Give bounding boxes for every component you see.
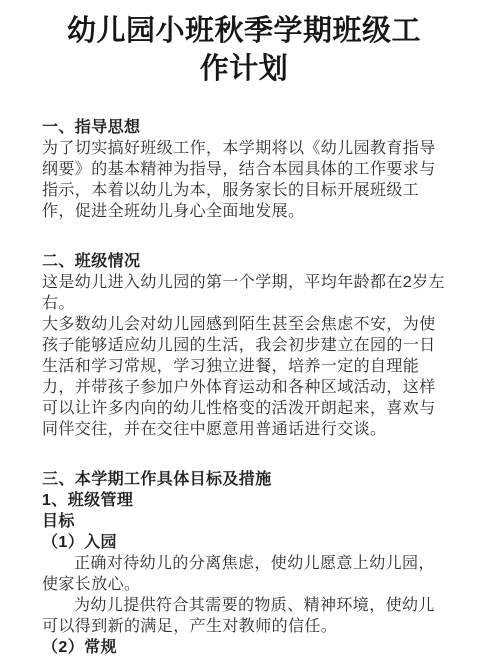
goal-item-heading: （1）入园	[42, 532, 446, 553]
section-guiding-ideology: 一、指导思想 为了切实搞好班级工作，本学期将以《幼儿园教育指导纲要》的基本精神为…	[42, 117, 446, 222]
section-heading: 一、指导思想	[42, 117, 446, 138]
section-heading: 三、本学期工作具体目标及措施	[42, 469, 446, 490]
page-title: 幼儿园小班秋季学期班级工作计划	[60, 12, 428, 88]
section-goals-and-measures: 三、本学期工作具体目标及措施 1、班级管理 目标 （1）入园 正确对待幼儿的分离…	[42, 469, 446, 658]
goal-item-heading: （2）常规	[42, 637, 446, 658]
goal-label: 目标	[42, 511, 446, 532]
subsection-heading-class-management: 1、班级管理	[42, 490, 446, 511]
paragraph: 为幼儿提供符合其需要的物质、精神环境，使幼儿可以得到新的满足，产生对教师的信任。	[42, 595, 446, 637]
document-page: 幼儿园小班秋季学期班级工作计划 一、指导思想 为了切实搞好班级工作，本学期将以《…	[0, 0, 500, 659]
paragraph: 大多数幼儿会对幼儿园感到陌生甚至会焦虑不安，为使孩子能够适应幼儿园的生活，我会初…	[42, 314, 446, 440]
section-heading: 二、班级情况	[42, 251, 446, 272]
goal-item-admission: （1）入园 正确对待幼儿的分离焦虑，使幼儿愿意上幼儿园，使家长放心。 为幼儿提供…	[42, 532, 446, 637]
paragraph: 这是幼儿进入幼儿园的第一个学期，平均年龄都在2岁左右。	[42, 272, 446, 314]
section-class-situation: 二、班级情况 这是幼儿进入幼儿园的第一个学期，平均年龄都在2岁左右。 大多数幼儿…	[42, 251, 446, 440]
paragraph: 正确对待幼儿的分离焦虑，使幼儿愿意上幼儿园，使家长放心。	[42, 553, 446, 595]
paragraph: 为了切实搞好班级工作，本学期将以《幼儿园教育指导纲要》的基本精神为指导，结合本园…	[42, 138, 446, 222]
goal-item-routine: （2）常规	[42, 637, 446, 658]
